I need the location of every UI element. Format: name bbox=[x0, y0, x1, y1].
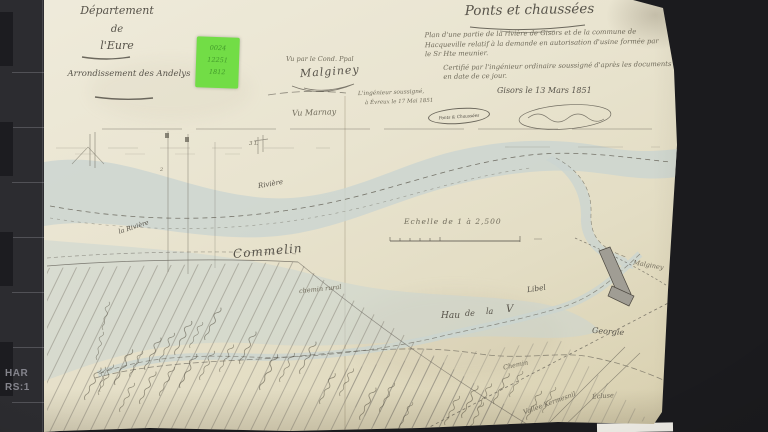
document-paper: 0024 12251 1812 Département de l'Eure Ar… bbox=[0, 0, 768, 432]
ruler-dark-patch bbox=[0, 232, 13, 286]
ruler-grid-line bbox=[12, 237, 46, 238]
letterhead-arrondissement: Arrondissement des Andelys bbox=[44, 70, 214, 79]
scale-bar bbox=[390, 236, 542, 242]
peg-number-a: 2 bbox=[160, 168, 163, 174]
label-hamlet-de: de bbox=[465, 310, 475, 319]
hatched-parcels bbox=[47, 252, 648, 432]
ruler-grid-line bbox=[12, 347, 46, 348]
scale-label: Echelle de 1 à 2,500 bbox=[404, 218, 502, 226]
ruler-mark-bottom: RS:1 bbox=[5, 382, 30, 393]
sticky-note: 0024 12251 1812 bbox=[195, 36, 240, 88]
vu-marnay: Vu Marnay bbox=[292, 108, 336, 118]
backing-board-sliver bbox=[597, 422, 673, 432]
ruler-grid-line bbox=[12, 402, 46, 403]
label-hamlet-hau: Hau bbox=[441, 312, 460, 322]
ruler-mark-top: HAR bbox=[5, 368, 28, 379]
ruler-grid-line bbox=[12, 72, 46, 73]
stamp-text: Ponts & Chaussées bbox=[439, 112, 480, 120]
memo-place-date: Gisors le 13 Mars 1851 bbox=[497, 87, 592, 96]
ruler-grid-line bbox=[12, 127, 46, 128]
ruler-grid-line bbox=[42, 0, 43, 432]
memo-body: Plan d'une partie de la rivière de Gisor… bbox=[425, 27, 678, 83]
label-hamlet-v: V bbox=[506, 304, 513, 315]
letterhead-de: de bbox=[52, 24, 182, 35]
letterhead-departement: Département bbox=[52, 5, 182, 17]
letterhead-eure: l'Eure bbox=[52, 40, 182, 52]
photographed-map-sheet: HAR RS:1 bbox=[0, 0, 768, 432]
ruler-dark-patch bbox=[0, 12, 13, 66]
ruler-dark-patch bbox=[0, 122, 13, 176]
ruler-grid-line bbox=[12, 292, 46, 293]
label-hamlet-la: la bbox=[486, 308, 493, 317]
peg-number-b: 3 L bbox=[249, 141, 258, 147]
vu-line: Vu par le Cond. Ppal bbox=[286, 56, 354, 63]
label-ecluse: Écluse bbox=[592, 392, 614, 401]
ruler-grid-line bbox=[12, 182, 46, 183]
